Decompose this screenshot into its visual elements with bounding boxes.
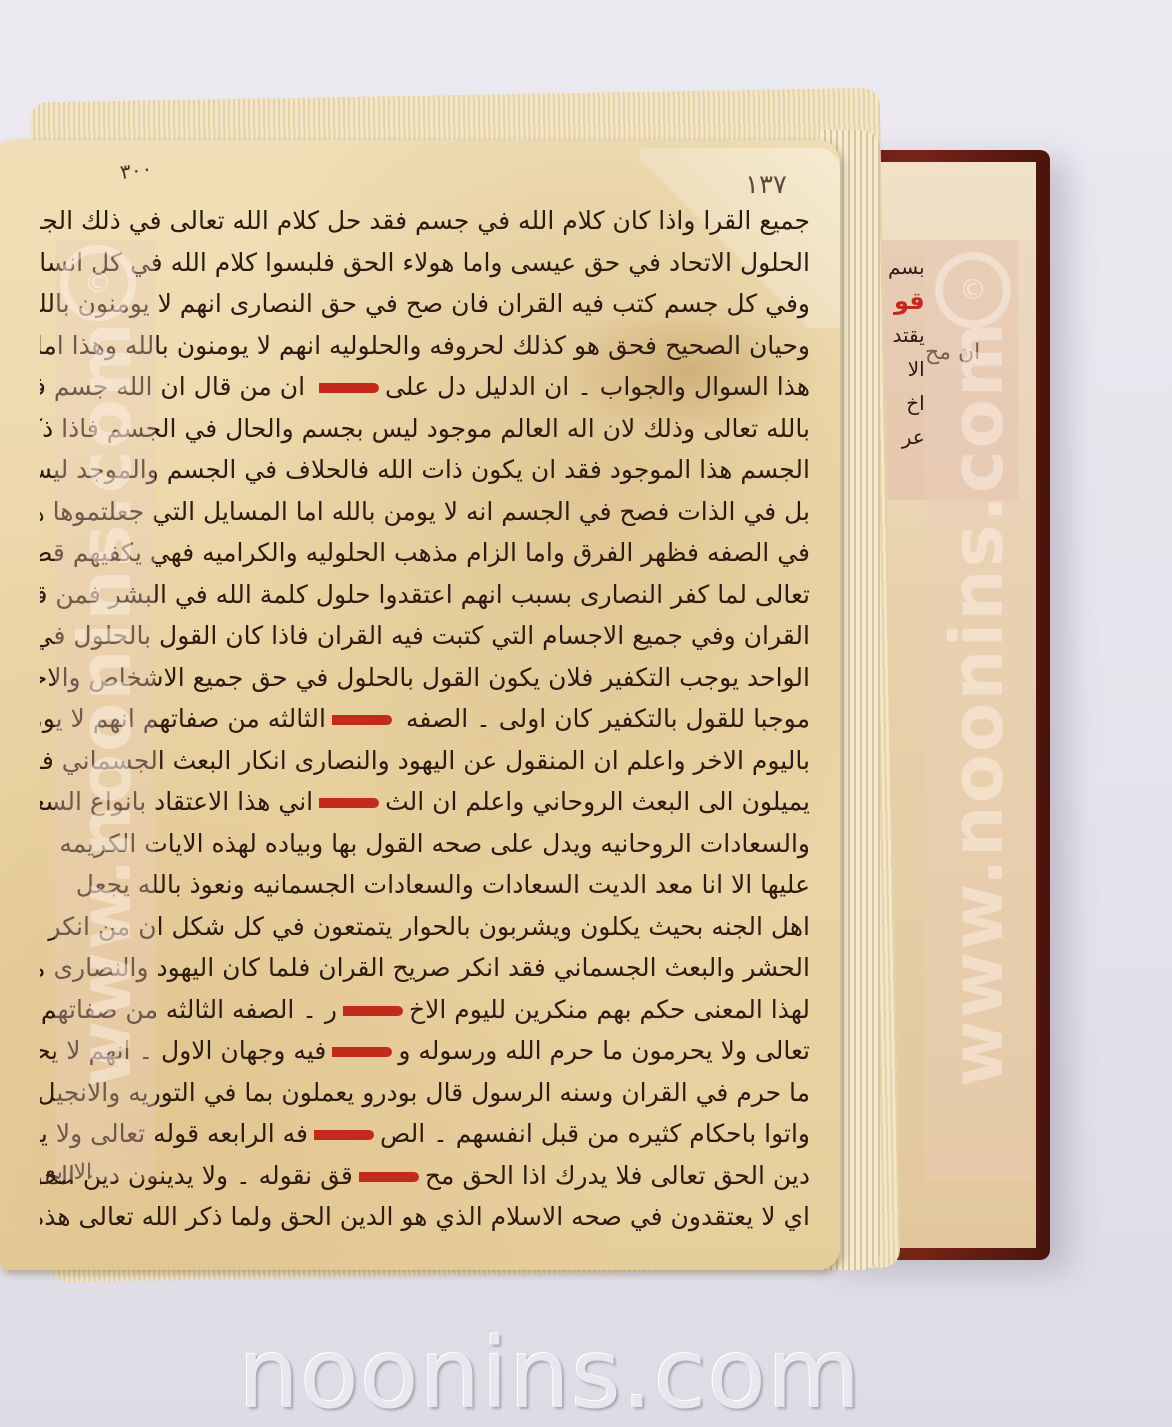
watermark-vertical-right: www.noonins.com bbox=[935, 320, 1019, 1087]
facing-line: بسم bbox=[888, 250, 925, 284]
text-line-rubric: موجبا للقول بالتكفير كان اولى ۔ الصفه ال… bbox=[40, 698, 810, 740]
manuscript-text: جميع القرا واذا كان كلام الله في جسم فقد… bbox=[40, 200, 810, 1238]
watermark-vertical-left: www.noonins.com bbox=[63, 320, 147, 1087]
text-line: القران وفي جميع الاجسام التي كتبت فيه ال… bbox=[40, 615, 810, 657]
facing-line: يقتد bbox=[888, 318, 925, 352]
text-line-rubric: هذا السوال والجواب ۔ ان الدليل دل على ان… bbox=[40, 366, 810, 408]
text-line: بل في الذات فصح في الجسم انه لا يومن بال… bbox=[40, 491, 810, 533]
text-line: في الصفه فظهر الفرق واما الزام مذهب الحل… bbox=[40, 532, 810, 574]
text-line: الحلول الاتحاد في حق عيسى واما هولاء الح… bbox=[40, 242, 810, 284]
text-line-rubric: تعالى ولا يحرمون ما حرم الله ورسوله وفيه… bbox=[40, 1030, 810, 1072]
text-line: الحشر والبعث الجسماني فقد انكر صريح القر… bbox=[40, 947, 810, 989]
rubric-mark bbox=[332, 715, 392, 725]
text-line: اهل الجنه بحيث يكلون ويشربون بالحوار يتم… bbox=[40, 906, 810, 948]
facing-line: عر bbox=[888, 420, 925, 454]
rubric-mark bbox=[332, 1047, 392, 1057]
manuscript-photo: بسم قو يقتد الا اخ عر ان مح ٣٠٠ ١٣٧ جميع… bbox=[0, 0, 1172, 1427]
facing-line: الا bbox=[888, 352, 925, 386]
text-line: بالله تعالى وذلك لان اله العالم موجود لي… bbox=[40, 408, 810, 450]
text-line: اي لا يعتقدون في صحه الاسلام الذي هو الد… bbox=[40, 1196, 810, 1238]
text-line: ما حرم في القران وسنه الرسول قال بودرو ي… bbox=[40, 1072, 810, 1114]
rubric-mark bbox=[319, 383, 379, 393]
text-line-rubric: واتوا باحكام كثيره من قبل انفسهم ۔ الصفه… bbox=[40, 1113, 810, 1155]
rubric-mark bbox=[314, 1130, 374, 1140]
folio-number: ١٣٧ bbox=[745, 170, 787, 200]
text-line-rubric: دين الحق تعالى فلا يدرك اذا الحق محقق نق… bbox=[40, 1155, 810, 1197]
text-line: وحيان الصحيح فحق هو كذلك لحروفه والحلولي… bbox=[40, 325, 810, 367]
rubric-mark bbox=[343, 1006, 403, 1016]
text-line: الواحد يوجب التكفير فلان يكون القول بالح… bbox=[40, 657, 810, 699]
text-line: وفي كل جسم كتب فيه القران فان صح في حق ا… bbox=[40, 283, 810, 325]
rubric-mark bbox=[319, 798, 379, 808]
text-line: جميع القرا واذا كان كلام الله في جسم فقد… bbox=[40, 200, 810, 242]
text-line: تعالى لما كفر النصارى بسبب انهم اعتقدوا … bbox=[40, 574, 810, 616]
text-line: عليها الا انا معد الديت السعادات والسعاد… bbox=[40, 864, 810, 906]
facing-line: اخ bbox=[888, 386, 925, 420]
text-line-rubric: يميلون الى البعث الروحاني واعلم ان الثان… bbox=[40, 781, 810, 823]
facing-page-text: بسم قو يقتد الا اخ عر bbox=[888, 250, 925, 454]
text-line: باليوم الاخر واعلم ان المنقول عن اليهود … bbox=[40, 740, 810, 782]
rubric-mark bbox=[359, 1172, 419, 1182]
text-line: والسعادات الروحانيه ويدل على صحه القول ب… bbox=[40, 823, 810, 865]
text-line-rubric: لهذا المعنى حكم بهم منكرين لليوم الاخر ۔… bbox=[40, 989, 810, 1031]
folio-note: ٣٠٠ bbox=[118, 156, 153, 184]
copyright-icon: © bbox=[60, 245, 136, 321]
watermark-bottom: noonins.com bbox=[200, 1318, 900, 1427]
text-line: الجسم هذا الموجود فقد ان يكون ذات الله ف… bbox=[40, 449, 810, 491]
facing-line-red: قو bbox=[888, 284, 925, 318]
copyright-icon: © bbox=[935, 252, 1011, 328]
